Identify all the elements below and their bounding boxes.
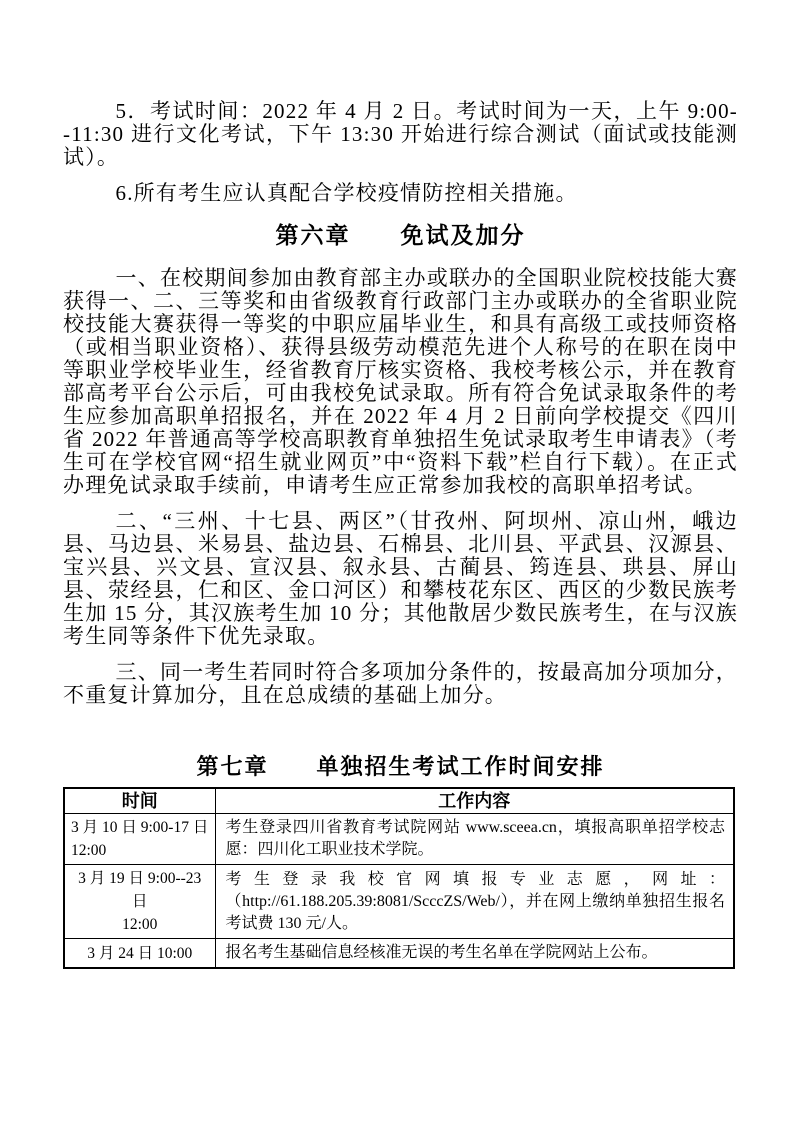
chapter-6-heading: 第六章 免试及加分 [63, 220, 738, 250]
schedule-row-1-time: 3 月 10 日 9:00-17 日 12:00 [64, 814, 215, 865]
schedule-row-2-time: 3 月 19 日 9:00--23 日 12:00 [64, 865, 215, 939]
chapter-6-paragraph-bonus-rule: 三、同一考生若同时符合多项加分条件的，按最高加分项加分，不重复计算加分，且在总成… [63, 661, 738, 707]
schedule-row-3-content: 报名考生基础信息经核准无误的考生名单在学院网站上公布。 [215, 939, 734, 969]
chapter-6-paragraph-bonus-points: 二、“三州、十七县、两区”（甘孜州、阿坝州、凉山州，峨边县、马边县、米易县、盐边… [63, 510, 738, 648]
chapter-7-heading: 第七章 单独招生考试工作时间安排 [63, 753, 738, 781]
schedule-header-time: 时间 [64, 788, 215, 814]
schedule-header-row: 时间 工作内容 [64, 788, 734, 814]
schedule-row-school-application: 3 月 10 日 9:00-17 日 12:00 考生登录四川省教育考试院网站 … [64, 814, 734, 865]
schedule-row-1-content: 考生登录四川省教育考试院网站 www.sceea.cn，填报高职单招学校志愿：四… [215, 814, 734, 865]
schedule-row-3-time: 3 月 24 日 10:00 [64, 939, 215, 969]
chapter-6-paragraph-exemption: 一、在校期间参加由教育部主办或联办的全国职业院校技能大赛获得一、二、三等奖和由省… [63, 267, 738, 497]
schedule-header-content: 工作内容 [215, 788, 734, 814]
paragraph-epidemic-notice: 6.所有考生应认真配合学校疫情防控相关措施。 [63, 182, 738, 205]
schedule-row-2-content: 考生登录我校官网填报专业志愿，网址：（http://61.188.205.39:… [215, 865, 734, 939]
paragraph-exam-time: 5．考试时间：2022 年 4 月 2 日。考试时间为一天，上午 9:00--1… [63, 100, 738, 169]
schedule-table: 时间 工作内容 3 月 10 日 9:00-17 日 12:00 考生登录四川省… [63, 787, 735, 969]
document-page: 5．考试时间：2022 年 4 月 2 日。考试时间为一天，上午 9:00--1… [0, 0, 793, 1122]
schedule-row-name-publication: 3 月 24 日 10:00 报名考生基础信息经核准无误的考生名单在学院网站上公… [64, 939, 734, 969]
schedule-row-major-application: 3 月 19 日 9:00--23 日 12:00 考生登录我校官网填报专业志愿… [64, 865, 734, 939]
